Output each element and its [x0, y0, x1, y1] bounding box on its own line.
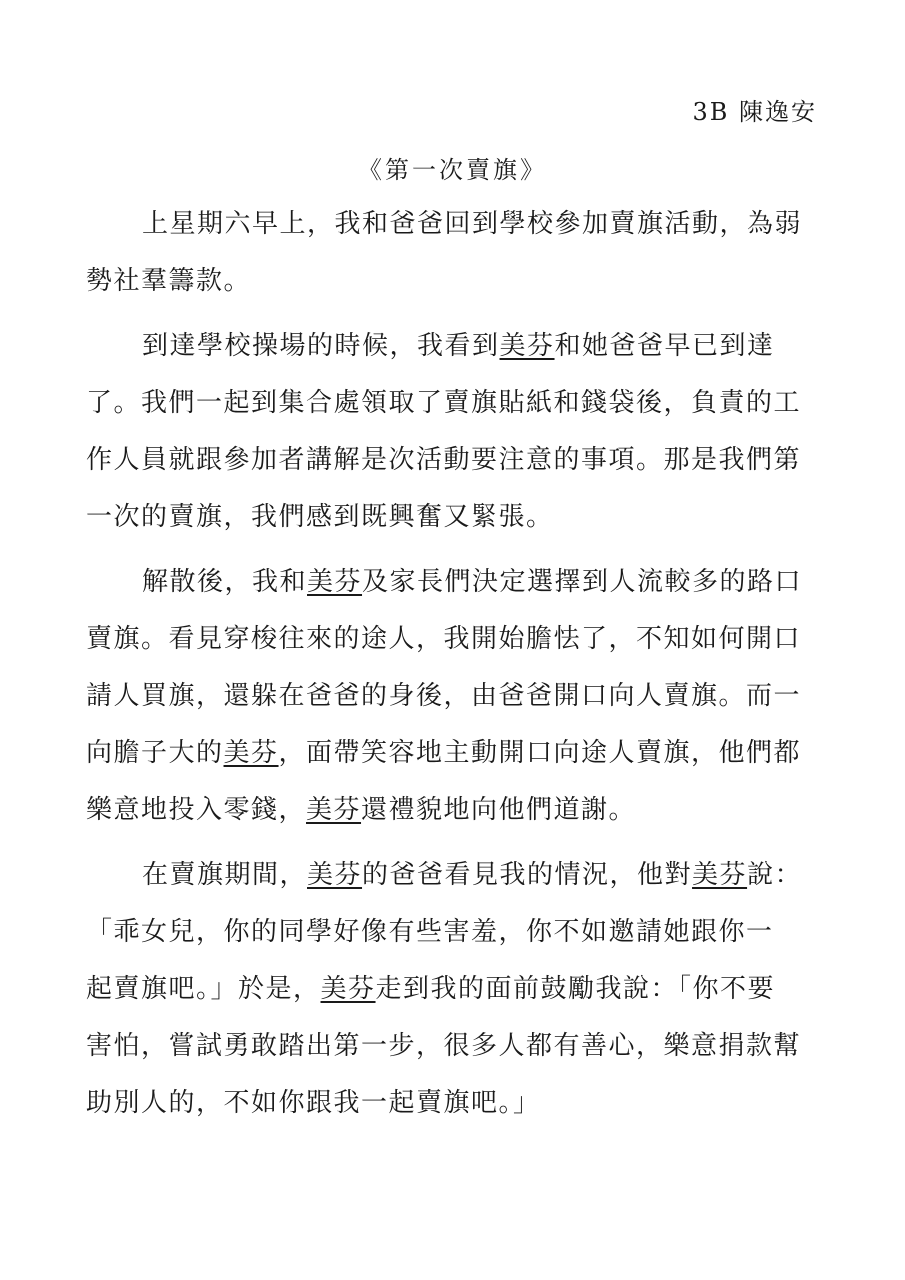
text-line: 助別人的，不如你跟我一起賣旗吧。」 — [86, 1085, 826, 1142]
text-segment: 解散後，我和 — [142, 567, 307, 597]
text-segment: 作人員就跟參加者講解是次活動要注意的事項。那是我們第 — [86, 445, 801, 475]
text-line: 起賣旗吧。」於是，美芬走到我的面前鼓勵我說：「你不要 — [86, 971, 826, 1028]
text-segment: 請人買旗，還躲在爸爸的身後，由爸爸開口向人賣旗。而一 — [86, 681, 801, 711]
underlined-name: 美芬 — [306, 795, 361, 825]
text-segment: 樂意地投入零錢， — [86, 795, 306, 825]
author-label: 3B 陳逸安 — [692, 92, 817, 127]
text-line: 向膽子大的美芬，面帶笑容地主動開口向途人賣旗，他們都 — [86, 735, 826, 792]
text-line: 「乖女兒，你的同學好像有些害羞，你不如邀請她跟你一 — [86, 914, 826, 971]
text-segment: 說： — [747, 860, 802, 890]
text-line: 到達學校操場的時候，我看到美芬和她爸爸早已到達 — [86, 328, 826, 385]
text-segment: 助別人的，不如你跟我一起賣旗吧。」 — [86, 1088, 541, 1118]
text-line: 勢社羣籌款。 — [86, 263, 826, 320]
text-line: 害怕，嘗試勇敢踏出第一步，很多人都有善心，樂意捐款幫 — [86, 1028, 826, 1085]
paragraph: 解散後，我和美芬及家長們決定選擇到人流較多的路口賣旗。看見穿梭往來的途人，我開始… — [86, 564, 826, 849]
paragraph-gap — [86, 320, 826, 328]
essay-body: 上星期六早上，我和爸爸回到學校參加賣旗活動，為弱勢社羣籌款。到達學校操場的時候，… — [86, 206, 826, 1142]
essay-title: 《第一次賣旗》 — [0, 150, 905, 185]
text-segment: 的爸爸看見我的情況，他對 — [362, 860, 692, 890]
text-segment: 上星期六早上，我和爸爸回到學校參加賣旗活動，為弱 — [142, 209, 802, 239]
text-segment: 了。我們一起到集合處領取了賣旗貼紙和錢袋後，負責的工 — [86, 388, 801, 418]
paragraph-gap — [86, 556, 826, 564]
text-segment: 勢社羣籌款。 — [86, 266, 251, 296]
text-segment: 起賣旗吧。」於是， — [86, 974, 321, 1004]
underlined-name: 美芬 — [692, 860, 747, 890]
text-segment: 向膽子大的 — [86, 738, 224, 768]
text-segment: 和她爸爸早已到達 — [555, 331, 775, 361]
text-line: 解散後，我和美芬及家長們決定選擇到人流較多的路口 — [86, 564, 826, 621]
text-segment: 在賣旗期間， — [142, 860, 307, 890]
underlined-name: 美芬 — [224, 738, 279, 768]
paragraph: 在賣旗期間，美芬的爸爸看見我的情況，他對美芬說：「乖女兒，你的同學好像有些害羞，… — [86, 857, 826, 1142]
text-line: 樂意地投入零錢，美芬還禮貌地向他們道謝。 — [86, 792, 826, 849]
paragraph: 到達學校操場的時候，我看到美芬和她爸爸早已到達了。我們一起到集合處領取了賣旗貼紙… — [86, 328, 826, 556]
text-segment: ，面帶笑容地主動開口向途人賣旗，他們都 — [279, 738, 802, 768]
text-line: 作人員就跟參加者講解是次活動要注意的事項。那是我們第 — [86, 442, 826, 499]
text-line: 了。我們一起到集合處領取了賣旗貼紙和錢袋後，負責的工 — [86, 385, 826, 442]
text-segment: 到達學校操場的時候，我看到 — [142, 331, 500, 361]
underlined-name: 美芬 — [500, 331, 555, 361]
text-line: 在賣旗期間，美芬的爸爸看見我的情況，他對美芬說： — [86, 857, 826, 914]
text-segment: 賣旗。看見穿梭往來的途人，我開始膽怯了，不知如何開口 — [86, 624, 801, 654]
text-segment: 「乖女兒，你的同學好像有些害羞，你不如邀請她跟你一 — [86, 917, 774, 947]
paragraph-gap — [86, 849, 826, 857]
underlined-name: 美芬 — [307, 567, 362, 597]
text-segment: 一次的賣旗，我們感到既興奮又緊張。 — [86, 502, 554, 532]
paragraph: 上星期六早上，我和爸爸回到學校參加賣旗活動，為弱勢社羣籌款。 — [86, 206, 826, 320]
text-segment: 走到我的面前鼓勵我說：「你不要 — [376, 974, 776, 1004]
text-segment: 及家長們決定選擇到人流較多的路口 — [362, 567, 802, 597]
underlined-name: 美芬 — [321, 974, 376, 1004]
text-line: 請人買旗，還躲在爸爸的身後，由爸爸開口向人賣旗。而一 — [86, 678, 826, 735]
text-segment: 害怕，嘗試勇敢踏出第一步，很多人都有善心，樂意捐款幫 — [86, 1031, 801, 1061]
underlined-name: 美芬 — [307, 860, 362, 890]
text-segment: 還禮貌地向他們道謝。 — [361, 795, 636, 825]
text-line: 賣旗。看見穿梭往來的途人，我開始膽怯了，不知如何開口 — [86, 621, 826, 678]
text-line: 一次的賣旗，我們感到既興奮又緊張。 — [86, 499, 826, 556]
text-line: 上星期六早上，我和爸爸回到學校參加賣旗活動，為弱 — [86, 206, 826, 263]
